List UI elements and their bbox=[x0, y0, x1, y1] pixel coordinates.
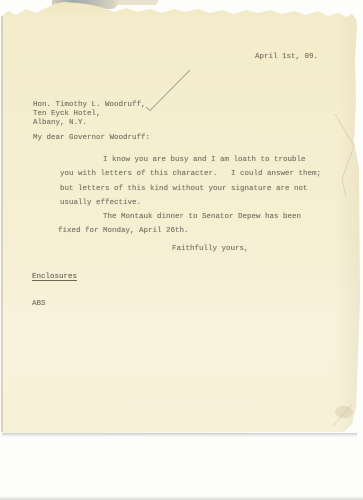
scanner-edge bbox=[0, 496, 363, 500]
enclosures-label: Enclosures bbox=[32, 273, 77, 282]
tape-residue-faint bbox=[114, 0, 158, 5]
body-line-4: usually effective. bbox=[60, 199, 141, 208]
body-line-6: fixed for Monday, April 26th. bbox=[58, 227, 189, 236]
recipient-name: Hon. Timothy L. Woodruff, bbox=[33, 101, 146, 110]
recipient-hotel: Ten Eyck Hotel, bbox=[33, 110, 101, 119]
paper-bottom-shadow bbox=[2, 433, 357, 437]
date-line: April 1st, 09. bbox=[255, 53, 318, 62]
salutation-line: My dear Governor Woodruff: bbox=[33, 134, 150, 143]
scanned-letter-page: April 1st, 09. Hon. Timothy L. Woodruff,… bbox=[0, 0, 363, 500]
body-line-5: The Montauk dinner to Senator Depew has … bbox=[103, 213, 301, 222]
paper-left-edge-shadow bbox=[1, 16, 3, 432]
body-line-1: I know you are busy and I am loath to tr… bbox=[103, 156, 306, 165]
body-line-2: you with letters of this character. I co… bbox=[60, 170, 321, 179]
recipient-city: Albany, N.Y. bbox=[33, 119, 87, 128]
paper-right-shading bbox=[335, 0, 361, 434]
closing-line: Faithfully yours, bbox=[172, 245, 249, 254]
body-line-3: but letters of this kind without your si… bbox=[60, 185, 308, 194]
typist-initials: ABS bbox=[32, 300, 46, 309]
